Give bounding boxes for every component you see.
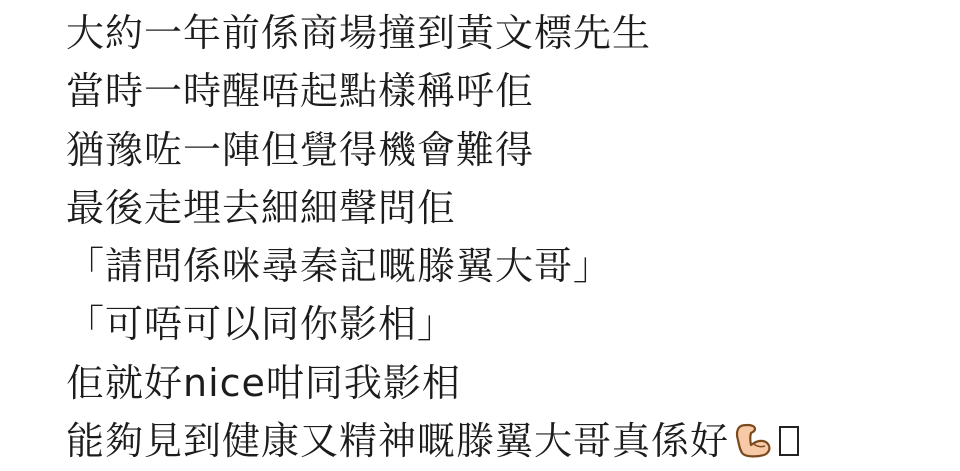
missing-glyph-icon [779,426,799,456]
post-line-5: 「請問係咪尋秦記嘅滕翼大哥」 [66,237,946,295]
post-line-1: 大約一年前係商場撞到黃文標先生 [66,4,946,62]
post-line-4: 最後走埋去細細聲問佢 [66,179,946,237]
post-line-8-text: 能夠見到健康又精神嘅滕翼大哥真係好 [66,419,729,463]
flexed-biceps-icon [733,418,773,458]
post-line-3: 猶豫咗一陣但覺得機會難得 [66,121,946,179]
post-line-6: 「可唔可以同你影相」 [66,295,946,353]
post-line-2: 當時一時醒唔起點樣稱呼佢 [66,62,946,120]
post-text: 大約一年前係商場撞到黃文標先生 當時一時醒唔起點樣稱呼佢 猶豫咗一陣但覺得機會難… [66,4,946,470]
post-line-8: 能夠見到健康又精神嘅滕翼大哥真係好 [66,412,946,470]
post-line-7: 佢就好nice咁同我影相 [66,354,946,412]
